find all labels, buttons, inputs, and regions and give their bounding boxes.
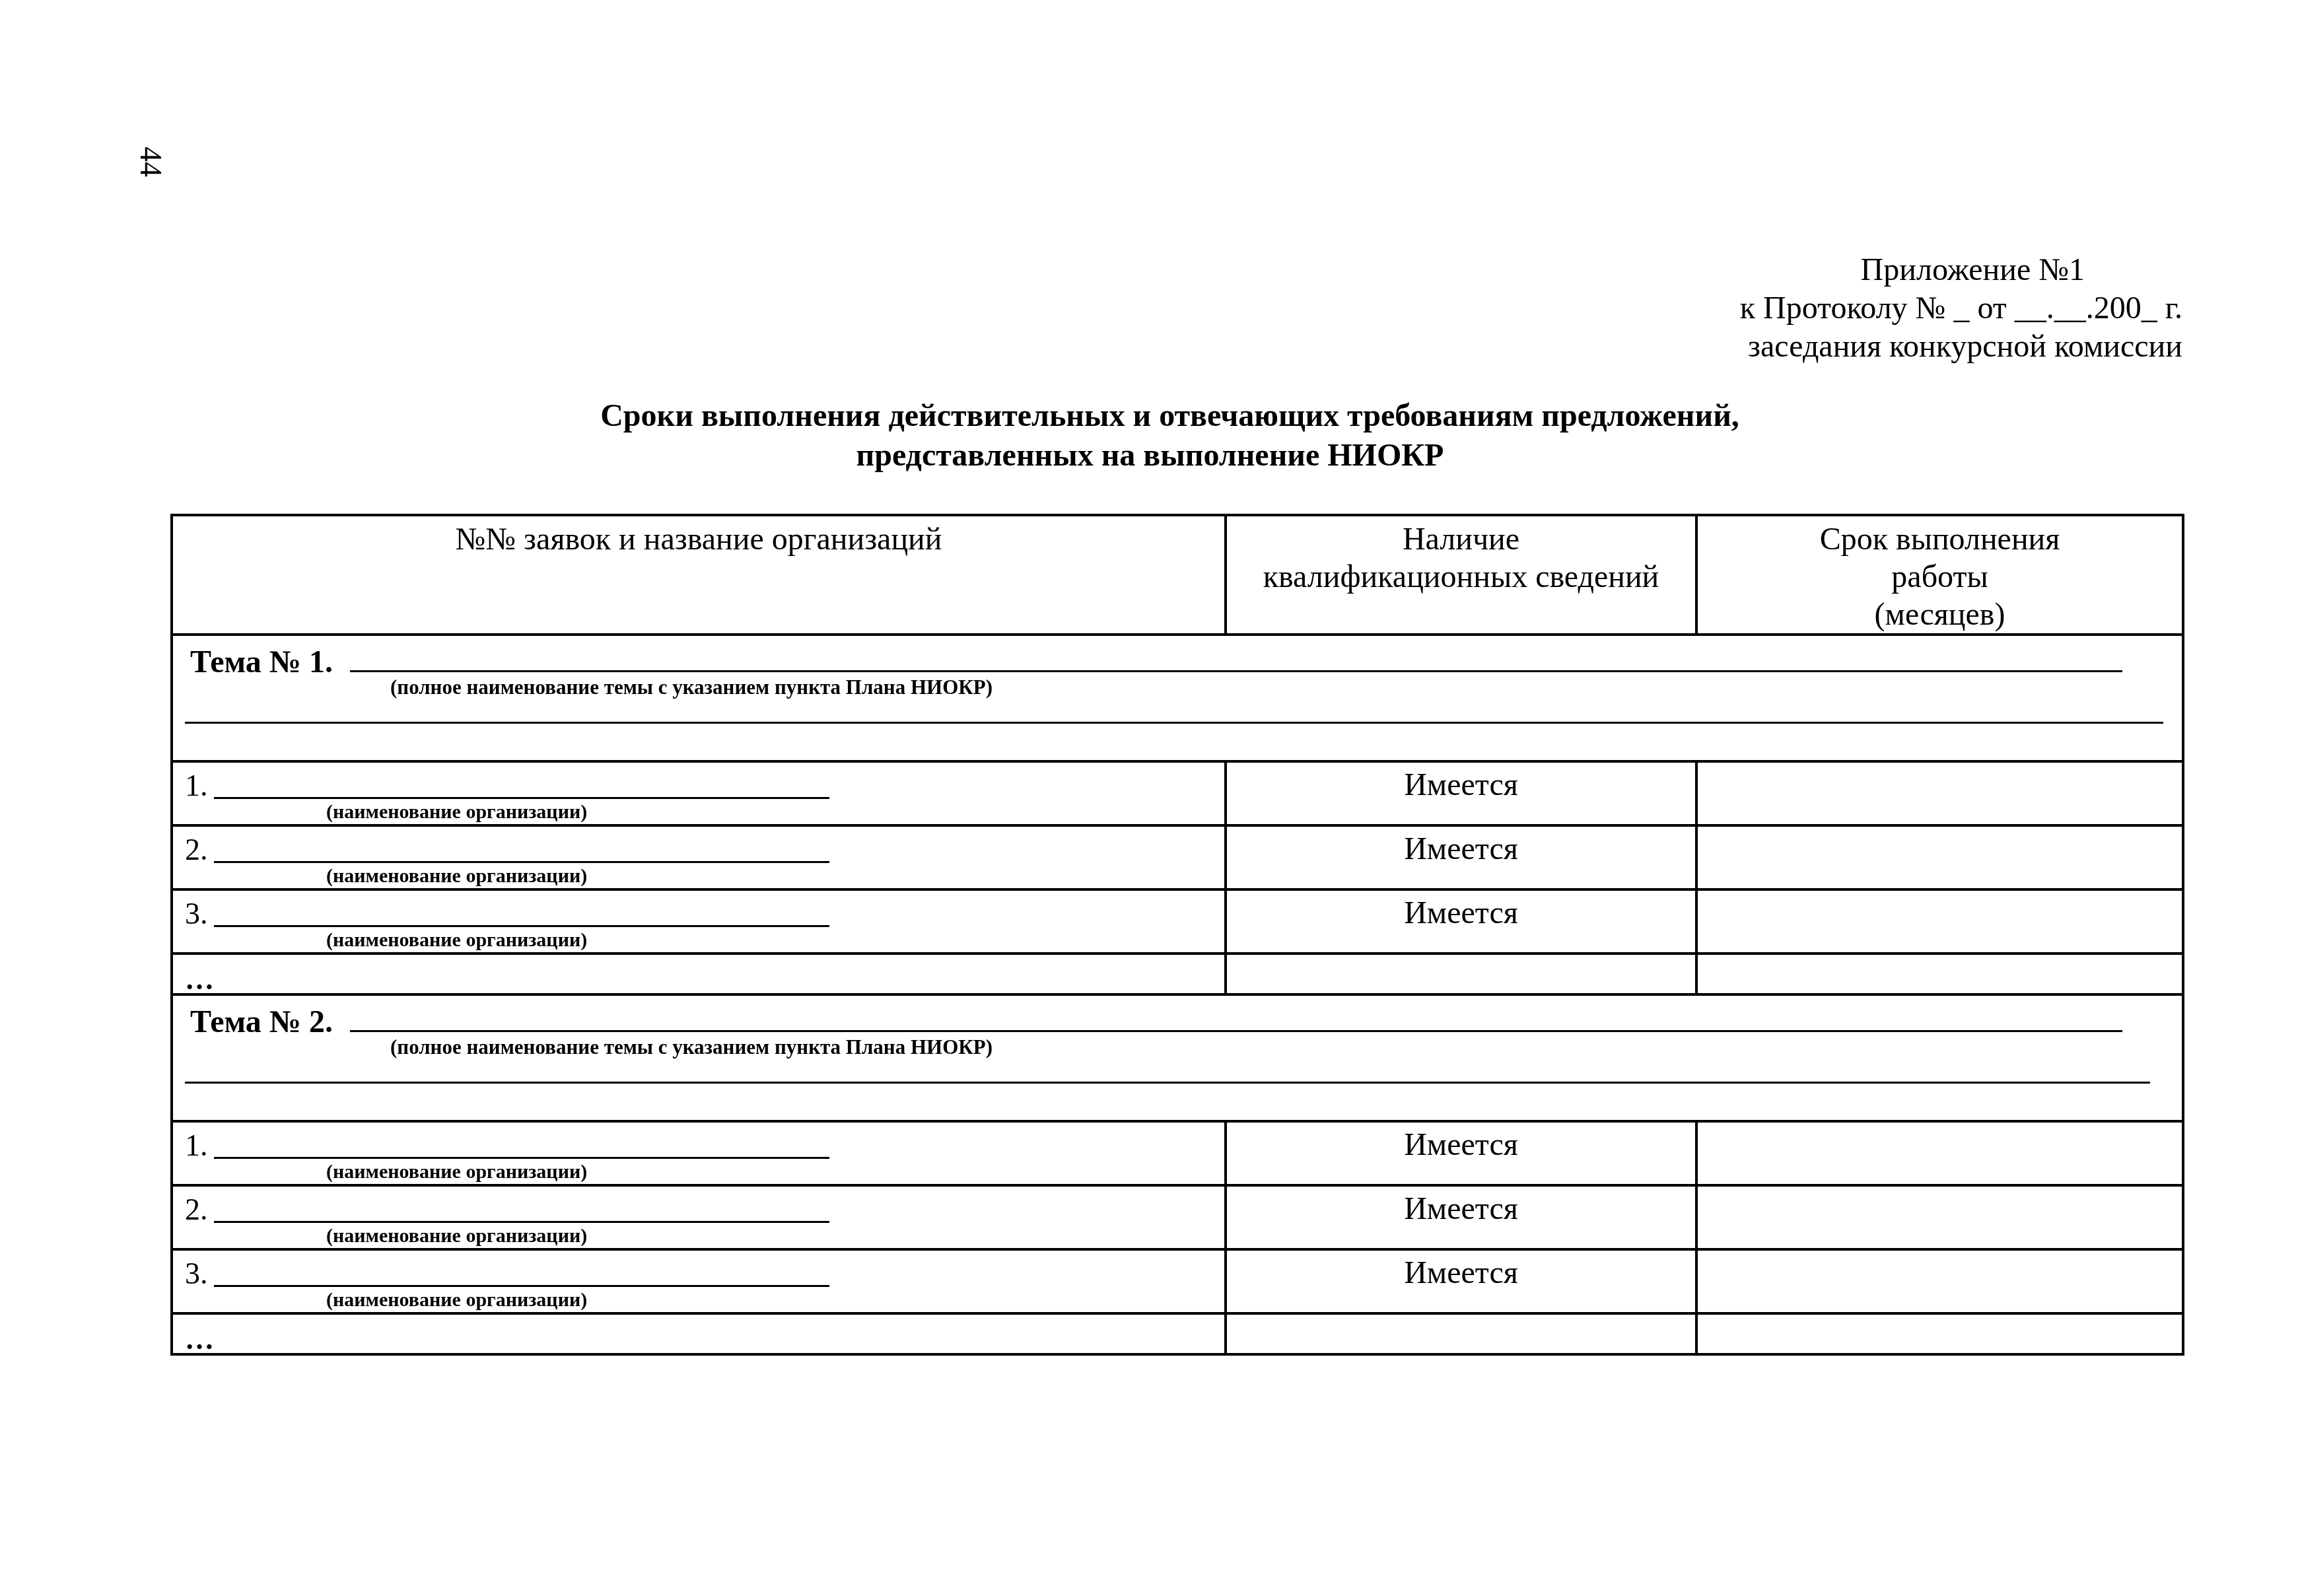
qualification-cell: Имеется — [1226, 1249, 1696, 1313]
organization-caption: (наименование организации) — [326, 801, 587, 823]
qualification-cell: Имеется — [1226, 1121, 1696, 1185]
document-title-line-1: Сроки выполнения действительных и отвеча… — [0, 396, 2300, 436]
organization-number: 2. — [185, 833, 208, 866]
organization-number: 2. — [185, 1193, 208, 1226]
term-cell[interactable] — [1696, 1121, 2183, 1185]
table-row: 2. (наименование организации) Имеется — [172, 825, 2183, 889]
ellipsis-cell: … — [172, 1313, 1226, 1354]
table-row: 3. (наименование организации) Имеется — [172, 889, 2183, 954]
ellipsis: … — [185, 1325, 215, 1354]
annex-title: Приложение №1 — [1740, 251, 2085, 289]
organization-cell: 1. (наименование организации) — [172, 761, 1226, 825]
page-number: 44 — [133, 147, 168, 177]
topic-name-field-continued[interactable] — [185, 1082, 2150, 1084]
qualification-cell-empty — [1226, 954, 1696, 994]
ellipsis-row: … — [172, 1313, 2183, 1354]
annex-protocol-ref: к Протоколу № _ от __.__.200_ г. — [1740, 289, 2182, 328]
page-number-container: 44 — [168, 147, 175, 153]
topic-row: Тема № 2. (полное наименование темы с ук… — [172, 994, 2183, 1121]
column-header-term-line-2: работы — [1698, 558, 2182, 596]
table-header-row: №№ заявок и название организаций Наличие… — [172, 515, 2183, 635]
organization-number: 1. — [185, 769, 208, 802]
table-row: 3. (наименование организации) Имеется — [172, 1249, 2183, 1313]
organization-cell: 2. (наименование организации) — [172, 1185, 1226, 1249]
topic-caption: (полное наименование темы с указанием пу… — [173, 1035, 1210, 1059]
topic-cell: Тема № 2. (полное наименование темы с ук… — [172, 994, 2183, 1121]
topic-name-field[interactable] — [350, 670, 2122, 672]
qualification-cell: Имеется — [1226, 825, 1696, 889]
column-header-term: Срок выполнения работы (месяцев) — [1696, 515, 2183, 635]
ellipsis-cell: … — [172, 954, 1226, 994]
table-row: 2. (наименование организации) Имеется — [172, 1185, 2183, 1249]
topic-row: Тема № 1. (полное наименование темы с ук… — [172, 635, 2183, 761]
ellipsis-row: … — [172, 954, 2183, 994]
organization-name-field[interactable] — [214, 1157, 829, 1159]
organization-caption: (наименование организации) — [326, 865, 587, 887]
organization-cell: 3. (наименование организации) — [172, 1249, 1226, 1313]
topic-caption: (полное наименование темы с указанием пу… — [173, 676, 1210, 699]
organization-caption: (наименование организации) — [326, 1289, 587, 1311]
annex-header: Приложение №1 к Протоколу № _ от __.__.2… — [1740, 251, 2182, 366]
column-header-qualification-line-2: квалификационных сведений — [1227, 558, 1695, 596]
organization-cell: 3. (наименование организации) — [172, 889, 1226, 954]
column-header-applications: №№ заявок и название организаций — [172, 515, 1226, 635]
table-row: 1. (наименование организации) Имеется — [172, 761, 2183, 825]
column-header-qualification: Наличие квалификационных сведений — [1226, 515, 1696, 635]
term-cell-empty — [1696, 954, 2183, 994]
organization-name-field[interactable] — [214, 797, 829, 799]
qualification-cell: Имеется — [1226, 761, 1696, 825]
organization-name-field[interactable] — [214, 925, 829, 927]
topic-name-field-continued[interactable] — [185, 722, 2163, 724]
qualification-cell: Имеется — [1226, 889, 1696, 954]
organization-name-field[interactable] — [214, 1221, 829, 1223]
organization-cell: 1. (наименование организации) — [172, 1121, 1226, 1185]
term-cell[interactable] — [1696, 889, 2183, 954]
organization-number: 1. — [185, 1129, 208, 1162]
topic-cell: Тема № 1. (полное наименование темы с ук… — [172, 635, 2183, 761]
column-header-qualification-line-1: Наличие — [1227, 520, 1695, 558]
qualification-cell-empty — [1226, 1313, 1696, 1354]
organization-caption: (наименование организации) — [326, 1161, 587, 1183]
organization-name-field[interactable] — [214, 861, 829, 863]
ellipsis: … — [185, 965, 215, 994]
organization-caption: (наименование организации) — [326, 1225, 587, 1247]
column-header-term-line-1: Срок выполнения — [1698, 520, 2182, 558]
annex-commission: заседания конкурсной комиссии — [1740, 328, 2182, 366]
term-cell[interactable] — [1696, 761, 2183, 825]
term-cell-empty — [1696, 1313, 2183, 1354]
term-cell[interactable] — [1696, 1249, 2183, 1313]
term-cell[interactable] — [1696, 825, 2183, 889]
document-title: Сроки выполнения действительных и отвеча… — [0, 396, 2300, 475]
proposals-table: №№ заявок и название организаций Наличие… — [170, 514, 2184, 1356]
term-cell[interactable] — [1696, 1185, 2183, 1249]
organization-number: 3. — [185, 1257, 208, 1290]
organization-cell: 2. (наименование организации) — [172, 825, 1226, 889]
topic-name-field[interactable] — [350, 1030, 2122, 1032]
organization-name-field[interactable] — [214, 1285, 829, 1287]
table-row: 1. (наименование организации) Имеется — [172, 1121, 2183, 1185]
qualification-cell: Имеется — [1226, 1185, 1696, 1249]
document-title-line-2: представленных на выполнение НИОКР — [0, 436, 2300, 475]
organization-number: 3. — [185, 897, 208, 930]
column-header-term-line-3: (месяцев) — [1698, 596, 2182, 633]
organization-caption: (наименование организации) — [326, 929, 587, 952]
